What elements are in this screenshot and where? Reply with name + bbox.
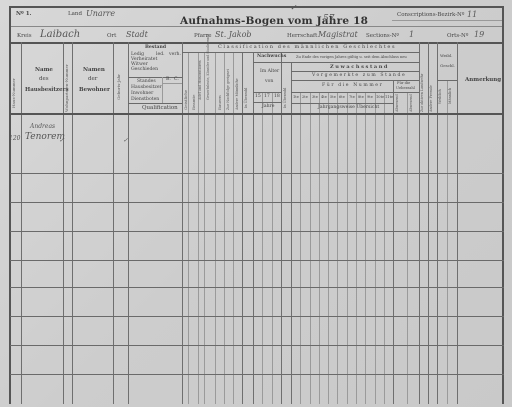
row-line (10, 316, 504, 317)
year-col-3: 3te (312, 96, 318, 100)
class-col-1: Geistliche (184, 90, 188, 110)
col-line (457, 42, 458, 404)
abwesend-b-header: Abwesend (410, 94, 413, 112)
nachwuchs-header: Nachwuchs (257, 55, 286, 60)
maennlich-header: Männlich (449, 88, 452, 104)
geburts-jahr-header: Geburts-Jahr (117, 74, 121, 100)
col-line (198, 52, 199, 404)
row-line (10, 260, 504, 261)
years-bottom-line (291, 103, 394, 104)
year-col-6: 6te (339, 96, 345, 100)
weiblich-header: Weiblich (439, 89, 442, 104)
land-label: Land (68, 12, 82, 18)
col-line (188, 52, 189, 404)
stand-box-bottom (128, 103, 182, 104)
altersgruppe-label: Jahrgangsweise Übersicht (318, 106, 379, 111)
class-col-5: Bauern (218, 95, 222, 110)
col-line (128, 42, 129, 404)
stand-head-line (162, 83, 182, 84)
col-line (337, 92, 338, 404)
vorgemerkte-header: Vorgemerkte zum Stande (312, 74, 406, 79)
col-line (384, 92, 385, 404)
row-line (10, 173, 504, 174)
col-line (233, 52, 234, 404)
conscription-underline (392, 20, 502, 21)
age-18: 18 (274, 95, 280, 100)
year-col-5: 5te (330, 96, 336, 100)
entry-tick-1: ✓ (59, 138, 64, 144)
form-number: Nº 1. (16, 12, 31, 18)
frauen-1: Weibl. (440, 54, 453, 58)
fuer-die-2: Ueberzahl (396, 87, 415, 91)
row-line (10, 374, 504, 375)
age-17: 17 (264, 95, 270, 100)
orts-label: Orts-Nº (447, 34, 468, 40)
entry-tick-2: ✓ (123, 138, 128, 144)
zuwachs-col-header: In Überzahl (284, 88, 287, 108)
reserve-underline (291, 71, 419, 72)
col-line (365, 92, 366, 404)
classification-title: Classification des männlichen Geschlecht… (218, 45, 396, 50)
col-line (224, 52, 225, 404)
stand-row-2: Inwohner (131, 92, 153, 97)
stand-inner-line (162, 77, 163, 103)
ages-top-line (253, 92, 281, 93)
hausbesitzer-header-2: des (39, 77, 49, 83)
bewohner-header-1: Namen (83, 68, 105, 74)
entry-haus-nummer: 120 (9, 136, 20, 142)
wohnparteien-header: Wohnparteien-Nummer (65, 64, 69, 112)
bewohner-header-3: Bewohner (79, 88, 110, 94)
bewohner-header-2: der (88, 77, 97, 83)
row-line (10, 345, 504, 346)
stand-head-1: B. (166, 78, 171, 83)
vorgemerkte-underline (291, 92, 419, 93)
col-line (281, 52, 282, 404)
sections-value: 1 (409, 31, 414, 39)
pfarre-value: St. Jakob (215, 31, 252, 39)
year-col-2: 2te (302, 96, 308, 100)
class-col-2: Beamte (192, 95, 196, 110)
fremde-header: Andere Fremde (430, 85, 433, 112)
row-line (10, 202, 504, 203)
abwesend-a-header: Abwesend (396, 94, 399, 112)
col-line (272, 92, 273, 404)
entry-hausbesitzer-line1: Andreas (30, 124, 55, 130)
ort-value: Stadt (126, 31, 148, 39)
col-line (204, 52, 205, 404)
year-col-8: 8te (358, 96, 364, 100)
col-line (356, 92, 357, 404)
year-col-1: 1te (293, 96, 299, 100)
fuer-das-nummer-header: Für die Nummer (322, 84, 383, 89)
bestand-row-4: Geschieden (131, 68, 158, 73)
stand-title: Standes (137, 80, 156, 85)
col-line (242, 52, 243, 404)
weiblich-underline (437, 80, 457, 81)
col-line (113, 42, 114, 404)
year-col-4: 4te (321, 96, 327, 100)
age-15: 15 (255, 95, 261, 100)
herrschaft-label: Herrschaft (287, 34, 317, 40)
stand-row-3: Dienstboten (131, 98, 159, 103)
conscription-value: 11 (467, 11, 477, 19)
zuwachs-header: Zuwachsstand (330, 65, 389, 70)
year-col-9: 9te (367, 96, 373, 100)
landwehr-header: Zur aktiven Landwehr (421, 74, 424, 112)
ort-label: Ort (107, 34, 116, 40)
year-col-7: 7te (349, 96, 355, 100)
hausbesitzer-header-1: Name (35, 68, 53, 74)
row-line (10, 287, 504, 288)
reserve-title: Zu Ende des vorigen Jahres gültig u. sei… (296, 56, 407, 60)
year-col-11: 11te (385, 96, 393, 100)
class-col-6: Zur Nachfolge geeignet (227, 69, 230, 110)
col-line (393, 80, 394, 404)
kreis-label: Kreis (17, 34, 32, 40)
herrschaft-value: Magistrat (318, 31, 358, 39)
land-value: Unarre (86, 10, 115, 18)
haus-nummer-header: Haus-Nummer (12, 78, 16, 108)
hausbesitzer-header-3: Hausbesitzers (25, 88, 69, 94)
col-line (319, 92, 320, 404)
col-line (262, 92, 263, 404)
bestand-title: Bestand (145, 46, 166, 51)
class-col-3: Adel und Honoratioren (199, 60, 202, 100)
classification-underline (182, 52, 419, 53)
kreis-value: Laibach (40, 30, 80, 40)
form-title: Aufnahms-Bogen vom Jahre 18 (180, 15, 368, 27)
col-line (328, 92, 329, 404)
nachwuchs-underline (253, 62, 419, 63)
census-form-sheet: Nº 1. Land Unarre Aufnahms-Bogen vom Jah… (0, 0, 512, 407)
year-col-10: 10te (376, 96, 384, 100)
header-bottom-border (10, 113, 504, 115)
col-line (215, 52, 216, 404)
in-ueberzahl-header: In Überzahl (245, 88, 248, 108)
col-line (407, 92, 408, 404)
bestand-head-2: verh. (169, 53, 181, 58)
col-line (347, 92, 348, 404)
frauen-2: Geschl. (440, 64, 455, 68)
bestand-head-1: led. (156, 53, 165, 58)
col-line (300, 92, 301, 404)
bis-jahr-2: von (265, 80, 273, 85)
year-value: 57 (323, 15, 334, 24)
anmerkung-header: Anmerkung (465, 78, 501, 84)
stand-head-2: C. (174, 78, 179, 83)
row-line (10, 231, 504, 232)
frame-top (10, 6, 504, 8)
col-line (253, 52, 254, 404)
ages-bottom-line (253, 102, 281, 103)
col-line (375, 92, 376, 404)
col-line (310, 92, 311, 404)
class-col-7: Andere Männliche (236, 78, 239, 110)
col-line (21, 42, 22, 404)
sections-label: Sections-Nº (366, 34, 399, 40)
col-line (447, 80, 448, 404)
bis-jahr-1: Im Alter (260, 70, 279, 75)
qualification-header: Qualification (142, 106, 178, 112)
col-line (72, 42, 73, 404)
stand-row-1: Hausbesitzer (131, 86, 162, 91)
conscription-label: Conscriptions-Bezirk-Nº (397, 13, 464, 19)
check-mark: ✓ (290, 4, 297, 12)
class-col-4: Gewerbsleute, Künstler und Studierende (207, 34, 210, 100)
jahre-label: Jahre (262, 105, 274, 110)
orts-value: 19 (474, 31, 484, 39)
